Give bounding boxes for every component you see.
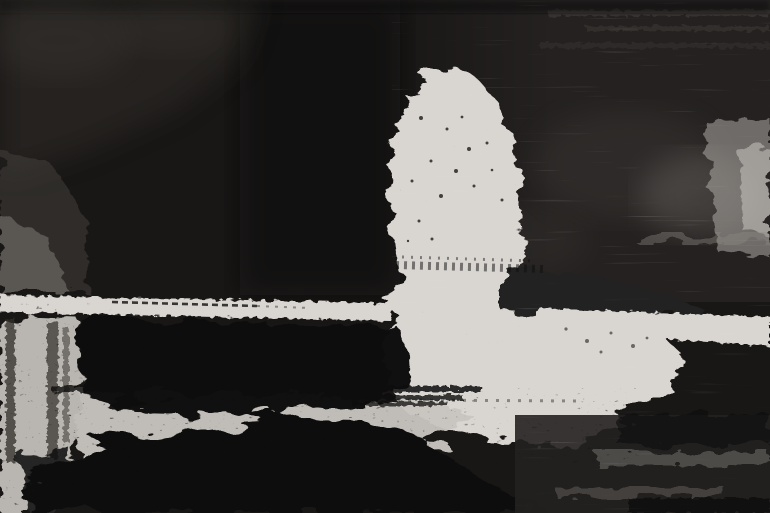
grain-overlays	[0, 0, 770, 513]
dark-grain-overlay	[0, 0, 770, 513]
artwork	[0, 0, 770, 513]
artwork-canvas	[0, 0, 770, 513]
